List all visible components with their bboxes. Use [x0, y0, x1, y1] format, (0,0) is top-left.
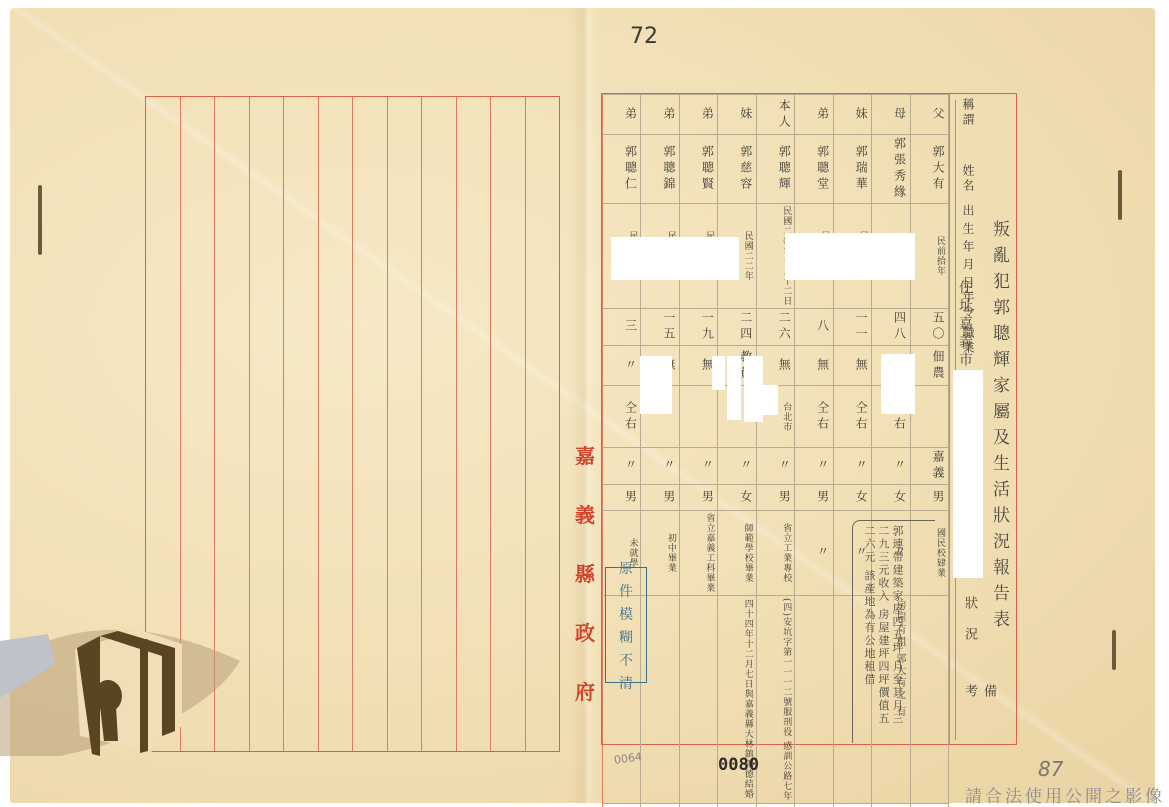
binding-thread-bottom-right: [1112, 630, 1116, 670]
cell: 妹: [833, 95, 871, 135]
cell: 男: [795, 485, 833, 511]
cell: [641, 803, 679, 807]
redaction-block: [953, 370, 983, 578]
redaction-block: [785, 233, 915, 280]
issuer-char: 政: [575, 617, 595, 646]
cell: 本人: [756, 95, 794, 135]
cell: 〃: [641, 448, 679, 485]
cell: 〃: [679, 448, 717, 485]
row-native-place: 〃 〃 〃 〃 〃 〃 〃 〃 嘉義: [603, 448, 949, 485]
cell: 仝右: [603, 386, 641, 448]
cell: 〃: [603, 346, 641, 386]
cell: 仝右: [795, 386, 833, 448]
cell: 二四: [718, 309, 756, 346]
cell: 〃: [795, 448, 833, 485]
cell: 〃: [795, 511, 833, 596]
cell: [603, 803, 641, 807]
binding-thread-left: [38, 185, 42, 255]
stamp-char: 糊: [619, 627, 633, 647]
cell: [679, 596, 717, 804]
stamp-char: 不: [619, 650, 633, 670]
redaction-block: [744, 356, 763, 422]
cell: 二六: [756, 309, 794, 346]
redaction-block: [881, 354, 915, 414]
redaction-block: [712, 356, 725, 390]
cell: 省立嘉義工科畢業: [679, 511, 717, 596]
issuer-char: 縣: [575, 558, 595, 587]
cell: 女: [718, 485, 756, 511]
cell: 男: [756, 485, 794, 511]
pencil-number-right: 87: [1038, 757, 1063, 781]
cell: 一一: [833, 309, 871, 346]
cell: 郭大有: [910, 135, 949, 204]
cell: 三: [603, 309, 641, 346]
cell: 弟: [795, 95, 833, 135]
issuer-char: 義: [575, 499, 595, 528]
address-label: 住址嘉義市: [955, 280, 975, 370]
cell: 無: [795, 346, 833, 386]
cell: [795, 803, 833, 807]
cell: [910, 386, 949, 448]
cell: 女: [872, 485, 910, 511]
redaction-block: [611, 237, 739, 280]
cell: 師範學校畢業: [718, 511, 756, 596]
row-name: 郭聰仁 郭聰錦 郭聰賢 郭慈容 郭聰輝 郭聰堂 郭瑞華 郭張秀緣 郭大有: [603, 135, 949, 204]
cell: 弟: [641, 95, 679, 135]
cell: 五〇: [910, 309, 949, 346]
stamp-char: 清: [619, 673, 633, 693]
cell: (四)安坑字第一一一二號服刑役 感訓公路七年: [756, 596, 794, 804]
cell: [910, 803, 949, 807]
row-age: 三 一五 一九 二四 二六 八 一一 四八 五〇: [603, 309, 949, 346]
cell: 男: [641, 485, 679, 511]
cell: 郭聰仁: [603, 135, 641, 204]
cell: 四八: [872, 309, 910, 346]
stamp-char: 件: [619, 581, 633, 601]
cell: 郭瑞華: [833, 135, 871, 204]
issuer-char: 府: [575, 676, 595, 705]
cell: [872, 803, 910, 807]
cell: 佃農: [910, 346, 949, 386]
cell: 〃: [718, 448, 756, 485]
cell: 〃: [756, 448, 794, 485]
cell: 一九: [679, 309, 717, 346]
cell: 仝右: [833, 386, 871, 448]
archive-book-keyhole-logo-icon: [0, 606, 250, 756]
binding-thread-right: [1118, 170, 1122, 220]
original-blurry-stamp: 原 件 模 糊 不 清: [605, 567, 647, 683]
stamped-page-number: 0080: [718, 755, 759, 775]
cell: 民前拾年: [910, 204, 949, 309]
remarks-note: 房屋有租 郭大有之 有: [892, 600, 906, 740]
cell: 妹: [718, 95, 756, 135]
cell: 弟: [679, 95, 717, 135]
cell: [833, 803, 871, 807]
cell: 郭慈容: [718, 135, 756, 204]
cell: 男: [679, 485, 717, 511]
cell: [679, 386, 717, 448]
stamp-char: 模: [619, 604, 633, 624]
cell: 〃: [603, 448, 641, 485]
usage-watermark: 請合法使用公開之影像: [965, 782, 1165, 807]
cell: 郭聰錦: [641, 135, 679, 204]
handwritten-folio-mark: 72: [630, 24, 658, 49]
redaction-block: [727, 356, 741, 420]
row-relation: 弟 弟 弟 妹 本人 弟 妹 母 父: [603, 95, 949, 135]
cell: 女: [833, 485, 871, 511]
cell: [679, 803, 717, 807]
cell: 男: [603, 485, 641, 511]
row-sex: 男 男 男 女 男 男 女 女 男: [603, 485, 949, 511]
cell: 郭張秀緣: [872, 135, 910, 204]
document-title: 叛亂犯郭聰輝家屬及生活狀況報告表: [987, 220, 1012, 636]
cell: 弟: [603, 95, 641, 135]
issuer-char: 嘉: [575, 440, 595, 469]
cell: 郭聰輝: [756, 135, 794, 204]
cell: 父: [910, 95, 949, 135]
cell: 嘉義: [910, 448, 949, 485]
cell: [718, 803, 756, 807]
cell: 八: [795, 309, 833, 346]
cell: 無: [833, 346, 871, 386]
issuer-chiayi-county-government: 嘉 義 縣 政 府: [570, 440, 600, 705]
redaction-block: [640, 356, 672, 414]
cell: 男: [910, 485, 949, 511]
cell: [795, 596, 833, 804]
cell: 一五: [641, 309, 679, 346]
cell: [756, 803, 794, 807]
cell: 郭聰賢: [679, 135, 717, 204]
stamp-char: 原: [619, 558, 633, 578]
cell: 〃: [872, 448, 910, 485]
cell: 母: [872, 95, 910, 135]
cell: 〃: [833, 448, 871, 485]
cell: 郭聰堂: [795, 135, 833, 204]
row-remarks: [603, 803, 949, 807]
redaction-block: [763, 385, 778, 415]
cell: 省立工業專校: [756, 511, 794, 596]
